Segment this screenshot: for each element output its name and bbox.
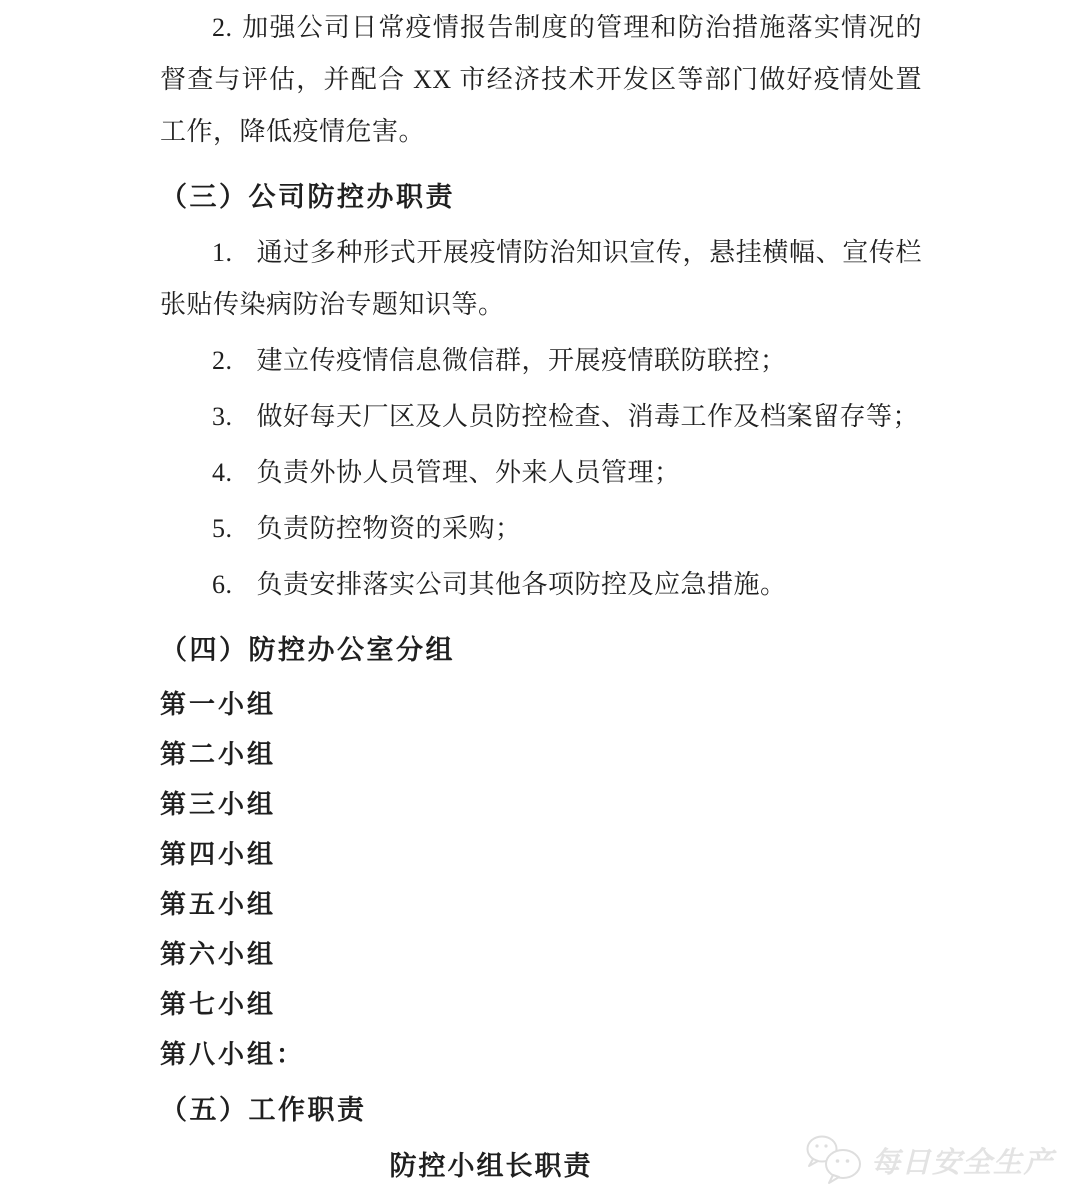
list-item: 1.通过多种形式开展疫情防治知识宣传，悬挂横幅、宣传栏张贴传染病防治专题知识等。: [160, 227, 922, 331]
intro-text: 加强公司日常疫情报告制度的管理和防治措施落实情况的督查与评估，并配合 XX 市经…: [160, 13, 922, 146]
section-heading-three: （三）公司防控办职责: [160, 171, 922, 223]
watermark: 每日安全生产: [803, 1132, 1054, 1188]
list-item: 4.负责外协人员管理、外来人员管理；: [160, 447, 922, 499]
group-label: 第一小组: [160, 680, 922, 730]
item-text: 负责防控物资的采购；: [257, 514, 522, 543]
item-number: 4.: [212, 458, 233, 487]
section-heading-five: （五）工作职责: [160, 1084, 922, 1136]
intro-paragraph: 2.加强公司日常疫情报告制度的管理和防治措施落实情况的督查与评估，并配合 XX …: [160, 2, 922, 158]
document-page: 2.加强公司日常疫情报告制度的管理和防治措施落实情况的督查与评估，并配合 XX …: [160, 2, 922, 1192]
list-item: 5.负责防控物资的采购；: [160, 503, 922, 555]
item-number: 3.: [212, 402, 233, 431]
item-text: 建立传疫情信息微信群，开展疫情联防联控；: [257, 346, 787, 375]
list-item: 6.负责安排落实公司其他各项防控及应急措施。: [160, 559, 922, 611]
group-label: 第二小组: [160, 730, 922, 780]
item-number: 5.: [212, 514, 233, 543]
item-text: 通过多种形式开展疫情防治知识宣传，悬挂横幅、宣传栏张贴传染病防治专题知识等。: [160, 238, 922, 319]
group-label: 第四小组: [160, 830, 922, 880]
item-number: 6.: [212, 570, 233, 599]
group-label: 第七小组: [160, 980, 922, 1030]
list-item: 2.建立传疫情信息微信群，开展疫情联防联控；: [160, 335, 922, 387]
item-text: 负责外协人员管理、外来人员管理；: [257, 458, 681, 487]
wechat-bubbles-icon: [803, 1132, 865, 1188]
item-number: 2.: [212, 346, 233, 375]
section-heading-four: （四）防控办公室分组: [160, 624, 922, 676]
item-text: 做好每天厂区及人员防控检查、消毒工作及档案留存等；: [257, 402, 920, 431]
group-label: 第八小组：: [160, 1030, 922, 1080]
item-number: 1.: [212, 238, 233, 267]
list-item: 3.做好每天厂区及人员防控检查、消毒工作及档案留存等；: [160, 391, 922, 443]
group-label: 第六小组: [160, 930, 922, 980]
intro-number: 2.: [212, 13, 233, 42]
subtitle: 防控小组长职责: [390, 1151, 593, 1181]
item-text: 负责安排落实公司其他各项防控及应急措施。: [257, 570, 787, 599]
group-label: 第五小组: [160, 880, 922, 930]
group-label: 第三小组: [160, 780, 922, 830]
watermark-label: 每日安全生产: [871, 1140, 1054, 1181]
